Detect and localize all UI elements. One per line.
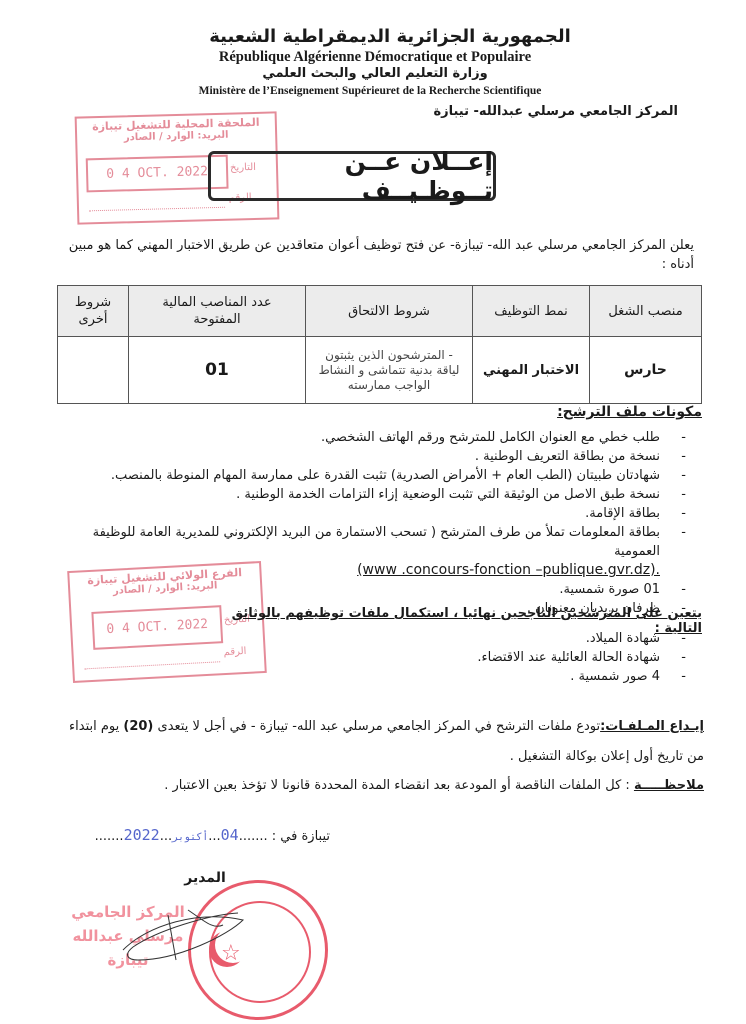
final-documents-list: -شهادة الميلاد. -شهادة الحالة العائلية ع…: [300, 629, 704, 686]
announcement-title: إعــلان عــن تــوظـيــف: [208, 151, 496, 201]
intro-paragraph: يعلن المركز الجامعي مرسلي عبد الله- تيبا…: [64, 236, 694, 274]
cell-posts: 01: [129, 337, 306, 404]
note-text: : كل الملفات الناقصة أو المودعة بعد انقض…: [164, 778, 630, 793]
director-title: المدير: [175, 870, 235, 886]
col-header-other: شروط أخرى: [58, 286, 129, 337]
ministry-name-arabic: وزارة التعليم العالي والبحث العلمي: [200, 66, 550, 81]
col-header-conditions: شروط الالتحاق: [306, 286, 473, 337]
republic-name-arabic: الجمهورية الجزائرية الديمقراطية الشعبية: [200, 26, 580, 47]
table-row: حارس الاختبار المهني - المترشحون الذين ي…: [58, 337, 702, 404]
date-month: أكتوبر: [172, 832, 208, 843]
note-paragraph: ملاحظـــــة : كل الملفات الناقصة أو المو…: [64, 778, 704, 793]
fonction-publique-link[interactable]: (www .concours-fonction –publique.gvr.dz…: [357, 562, 660, 578]
col-header-posts: عدد المناصب المالية المفتوحة: [129, 286, 306, 337]
deposit-label: إيـداع المـلفـات:: [600, 719, 704, 734]
list-item: -شهادة الحالة العائلية عند الاقتضاء.: [300, 648, 704, 667]
table-header-row: منصب الشغل نمط التوظيف شروط الالتحاق عدد…: [58, 286, 702, 337]
col-header-mode: نمط التوظيف: [473, 286, 590, 337]
stamp-number-dots: [89, 207, 225, 212]
list-item: -طلب خطي مع العنوان الكامل للمترشح ورقم …: [64, 428, 704, 447]
deposit-paragraph: إيـداع المـلفـات:تودع ملفات الترشح في ال…: [64, 712, 704, 772]
note-label: ملاحظـــــة: [634, 778, 704, 793]
col-header-position: منصب الشغل: [590, 286, 702, 337]
deposit-days: (20): [123, 719, 153, 734]
list-item: -نسخة من بطاقة التعريف الوطنية .: [64, 447, 704, 466]
cell-conditions: - المترشحون الذين يثبتون لياقة بدنية تتم…: [306, 337, 473, 404]
cell-other: [58, 337, 129, 404]
list-item: -بطاقة الإقامة.: [64, 504, 704, 523]
place-label: تيبازة في :: [272, 829, 330, 844]
place-and-date: تيبازة في : .......04...أكتوبر...2022...…: [90, 826, 330, 844]
positions-table: منصب الشغل نمط التوظيف شروط الالتحاق عدد…: [57, 285, 702, 404]
stamp-number-label: الرقم: [223, 646, 246, 658]
deposit-text-before: تودع ملفات الترشح في المركز الجامعي مرسل…: [158, 719, 601, 734]
university-center-name: المركز الجامعي مرسلي عبدالله- تيبازة: [300, 104, 678, 119]
date-day: 04: [221, 826, 239, 844]
stamp-number-dots: [84, 661, 220, 669]
list-item: -شهادتان طبيتان (الطب العام + الأمراض ال…: [64, 466, 704, 485]
republic-name-french: République Algérienne Démocratique et Po…: [185, 49, 565, 66]
signature-scribble: [118, 905, 248, 965]
file-components-heading: مكونات ملف الترشح:: [480, 404, 702, 420]
cell-position: حارس: [590, 337, 702, 404]
stamp-date: 0 4 OCT. 2022: [91, 605, 223, 650]
ministry-name-french: Ministère de l’Enseignement Supérieuret …: [120, 85, 620, 97]
list-item: -شهادة الميلاد.: [300, 629, 704, 648]
cell-mode: الاختبار المهني: [473, 337, 590, 404]
date-year: 2022: [124, 826, 160, 844]
list-item: -نسخة طبق الاصل من الوثيقة التي تثبت الو…: [64, 485, 704, 504]
list-item: -4 صور شمسية .: [300, 667, 704, 686]
